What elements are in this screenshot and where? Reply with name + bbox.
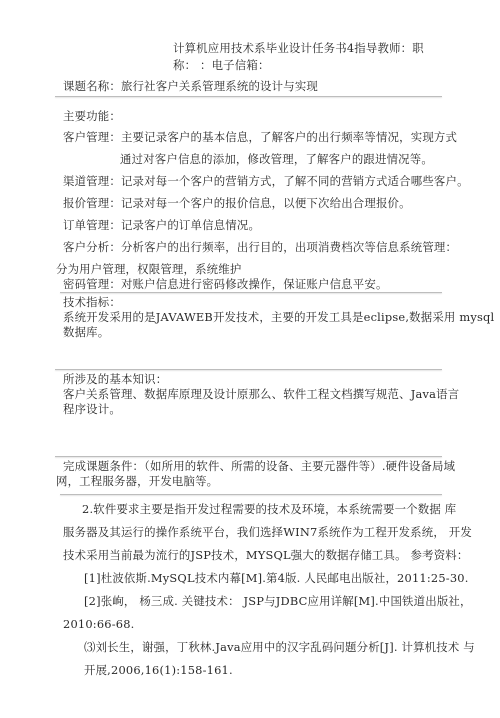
software-line-1: 2.软件要求主要是指开发过程需要的技术及环境，本系统需要一个数据 库	[82, 502, 456, 516]
function-text: 记录对每一个客户的营销方式，了解不同的营销方式适合哪些客户。	[121, 174, 469, 188]
function-text: 分析客户的出行频率，出行目的，出项消费档次等信息系统管理：	[121, 240, 457, 254]
function-text: 记录客户的订单信息情况。	[121, 218, 260, 232]
divider	[60, 292, 442, 293]
reference-1: [1]杜波依斯.MySQL技术内幕[M].第4版. 人民邮电出版社，2011:2…	[84, 571, 469, 585]
function-label: 客户管理：	[63, 130, 121, 144]
function-item-continuation: 通过对客户信息的添加，修改管理，了解客户的跟进情况等。	[120, 152, 433, 166]
divider	[55, 369, 442, 370]
function-item-customer: 客户管理：主要记录客户的基本信息，了解客户的出行频率等情况，实现方式	[63, 130, 457, 144]
knowledge-line-2: 程序设计。	[63, 402, 121, 416]
function-item-quote: 报价管理：记录对每一个客户的报价信息，以便下次给出合理报价。	[63, 196, 411, 210]
password-management-line: 密码管理：对账户信息进行密码修改操作，保证账户信息平安。	[63, 277, 388, 291]
function-label: 报价管理：	[63, 196, 121, 210]
tech-line-2: 数据库。	[63, 325, 109, 339]
function-text: 通过对客户信息的添加，修改管理，了解客户的跟进情况等。	[120, 152, 433, 166]
topic-label: 课题名称：	[63, 79, 121, 93]
functions-heading: 主要功能：	[63, 109, 121, 123]
divider	[55, 96, 442, 97]
reference-2-line-1: [2]张峋， 杨三成. 关键技术： JSP与JDBC应用详解[M].中国铁道出版…	[84, 594, 472, 608]
knowledge-line-1: 客户关系管理、数据库原理及设计原那么、软件工程文档撰写规范、Java语言	[63, 387, 459, 401]
function-text: 记录对每一个客户的报价信息，以便下次给出合理报价。	[121, 196, 411, 210]
tech-line-1: 系统开发采用的是JAVAWEB开发技术，主要的开发工具是eclipse,数据采用…	[63, 310, 494, 324]
divider	[55, 456, 442, 457]
function-label: 订单管理：	[63, 218, 121, 232]
function-item-channel: 渠道管理：记录对每一个客户的营销方式，了解不同的营销方式适合哪些客户。	[63, 174, 469, 188]
knowledge-heading: 所涉及的基本知识：	[63, 372, 167, 386]
divider	[60, 494, 442, 495]
header-line-1: 计算机应用技术系毕业设计任务书4指导教师：职	[173, 41, 424, 55]
function-item-analysis: 客户分析：分析客户的出行频率，出行目的，出项消费档次等信息系统管理：	[63, 240, 457, 254]
function-label: 渠道管理：	[63, 174, 121, 188]
software-line-2: 服务器及其运行的操作系统平台，我们选择WIN7系统作为工程开发系统， 开发	[63, 525, 472, 539]
conditions-line-2: 网，工程服务器，开发电脑等。	[56, 474, 218, 488]
function-label: 客户分析：	[63, 240, 121, 254]
system-management-line: 分为用户管理，权限管理，系统维护	[56, 262, 241, 276]
reference-2-line-2: 2010:66-68.	[63, 617, 134, 631]
reference-3-line-1: ⑶刘长生，谢强，丁秋林.Java应用中的汉字乱码问题分析[J]. 计算机技术 与	[84, 640, 475, 654]
function-item-order: 订单管理：记录客户的订单信息情况。	[63, 218, 260, 232]
conditions-line-1: 完成课题条件：（如所用的软件、所需的设备、主要元器件等）.硬件设备局域	[63, 459, 455, 473]
tech-heading: 技术指标：	[63, 295, 121, 309]
header-line-2: 称： ：电子信箱：	[173, 58, 270, 72]
topic-title: 旅行社客户关系管理系统的设计与实现	[121, 79, 318, 93]
topic-row: 课题名称：旅行社客户关系管理系统的设计与实现	[63, 79, 318, 93]
reference-3-line-2: 开展,2006,16(1):158-161.	[84, 663, 233, 677]
function-text: 主要记录客户的基本信息，了解客户的出行频率等情况，实现方式	[121, 130, 457, 144]
software-line-3: 技术采用当前最为流行的JSP技术，MYSQL强大的数据存储工具。 参考资料：	[63, 548, 468, 562]
